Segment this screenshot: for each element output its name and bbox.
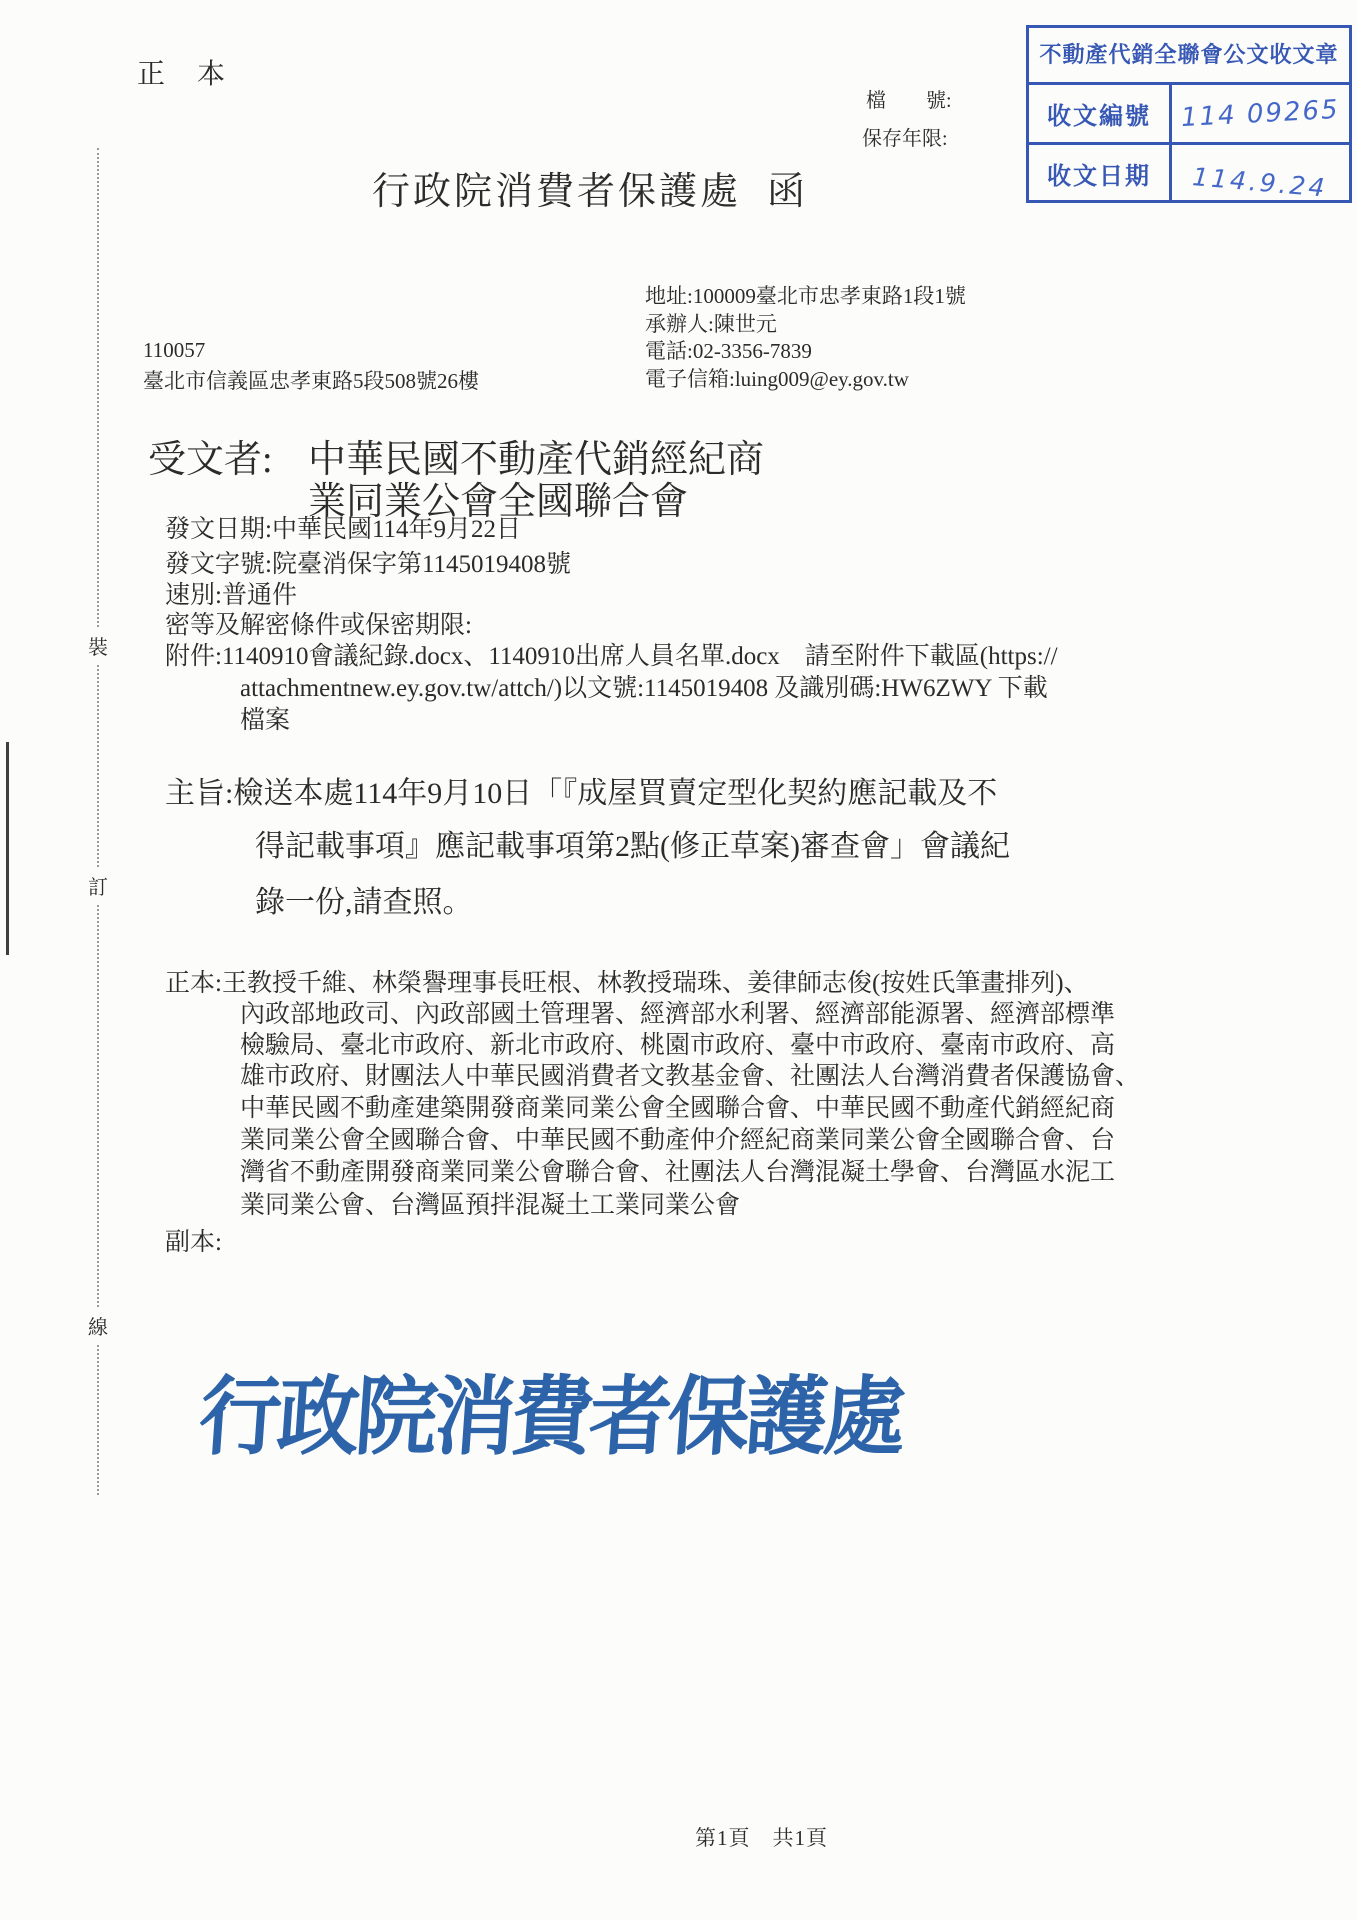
page-number-footer: 第1頁 共1頁 [695,1822,828,1852]
sender-email: 電子信箱:luing009@ey.gov.tw [645,366,966,394]
distribution-line: 中華民國不動產建築開發商業同業公會全國聯合會、中華民國不動產代銷經紀商 [240,1088,1115,1124]
document-title: 行政院消費者保護處函 [372,160,808,215]
margin-mark-binding: 裝 [86,628,110,663]
agency-signature-stamp: 行政院消費者保護處 [196,1349,907,1472]
receipt-stamp-title: 不動產代銷全聯會公文收文章 [1029,28,1349,85]
receipt-number-row: 收文編號 114 09265 [1029,85,1349,145]
sender-contact-person: 承辦人:陳世元 [645,311,966,339]
receipt-number-label: 收文編號 [1029,85,1172,142]
copy-distribution-label: 副本: [165,1222,222,1258]
receipt-number-handwritten: 114 09265 [1181,94,1341,132]
distribution-line: 雄市政府、財團法人中華民國消費者文教基金會、社團法人台灣消費者保護協會、 [240,1056,1140,1092]
copy-type-label: 正 本 [137,52,227,92]
sender-address: 地址:100009臺北市忠孝東路1段1號 [645,283,966,311]
subject-line3: 錄一份,請查照。 [255,877,473,921]
issuing-agency-name: 行政院消費者保護處 [372,171,741,213]
receipt-date-handwritten: 114.9.24 [1191,162,1328,203]
sender-contact-block: 地址:100009臺北市忠孝東路1段1號 承辦人:陳世元 電話:02-3356-… [645,283,966,393]
issue-date-field: 發文日期:中華民國114年9月22日 [165,509,521,545]
receipt-stamp-box: 不動產代銷全聯會公文收文章 收文編號 114 09265 收文日期 114.9.… [1026,25,1352,203]
retention-period-label: 保存年限: [862,122,948,151]
receipt-date-label: 收文日期 [1029,145,1172,202]
margin-mark-staple: 訂 [86,868,110,903]
binding-dotted-line [97,148,99,1495]
file-number-label: 檔 號: [866,84,952,113]
distribution-line: 業同業公會全國聯合會、中華民國不動產仲介經紀商業同業公會全國聯合會、台 [240,1120,1115,1156]
attachment-line2: attachmentnew.ey.gov.tw/attch/)以文號:11450… [240,668,1048,704]
scan-edge-artifact [6,742,9,955]
distribution-line: 業同業公會、台灣區預拌混凝土工業同業公會 [240,1185,740,1221]
receipt-date-row: 收文日期 114.9.24 [1029,145,1349,202]
sender-phone: 電話:02-3356-7839 [645,338,966,366]
scanned-official-letter: 正 本 檔 號: 保存年限: 行政院消費者保護處函 不動產代銷全聯會公文收文章 … [0,0,1357,1920]
recipient-street: 臺北市信義區忠孝東路5段508號26樓 [143,365,479,395]
subject-line2: 得記載事項』應記載事項第2點(修正草案)審查會」會議紀 [255,821,1010,865]
recipient-label: 受文者: [148,428,273,483]
recipient-zip: 110057 [143,338,205,363]
document-type: 函 [767,171,808,213]
attachment-line3: 檔案 [240,700,290,736]
attachment-line1: 附件:1140910會議紀錄.docx、1140910出席人員名單.docx 請… [165,636,1058,672]
margin-mark-line: 線 [86,1308,110,1343]
subject-line1: 主旨:檢送本處114年9月10日「『成屋買賣定型化契約應記載及不 [165,768,997,812]
distribution-line: 灣省不動產開發商業同業公會聯合會、社團法人台灣混凝土學會、台灣區水泥工 [240,1152,1115,1188]
